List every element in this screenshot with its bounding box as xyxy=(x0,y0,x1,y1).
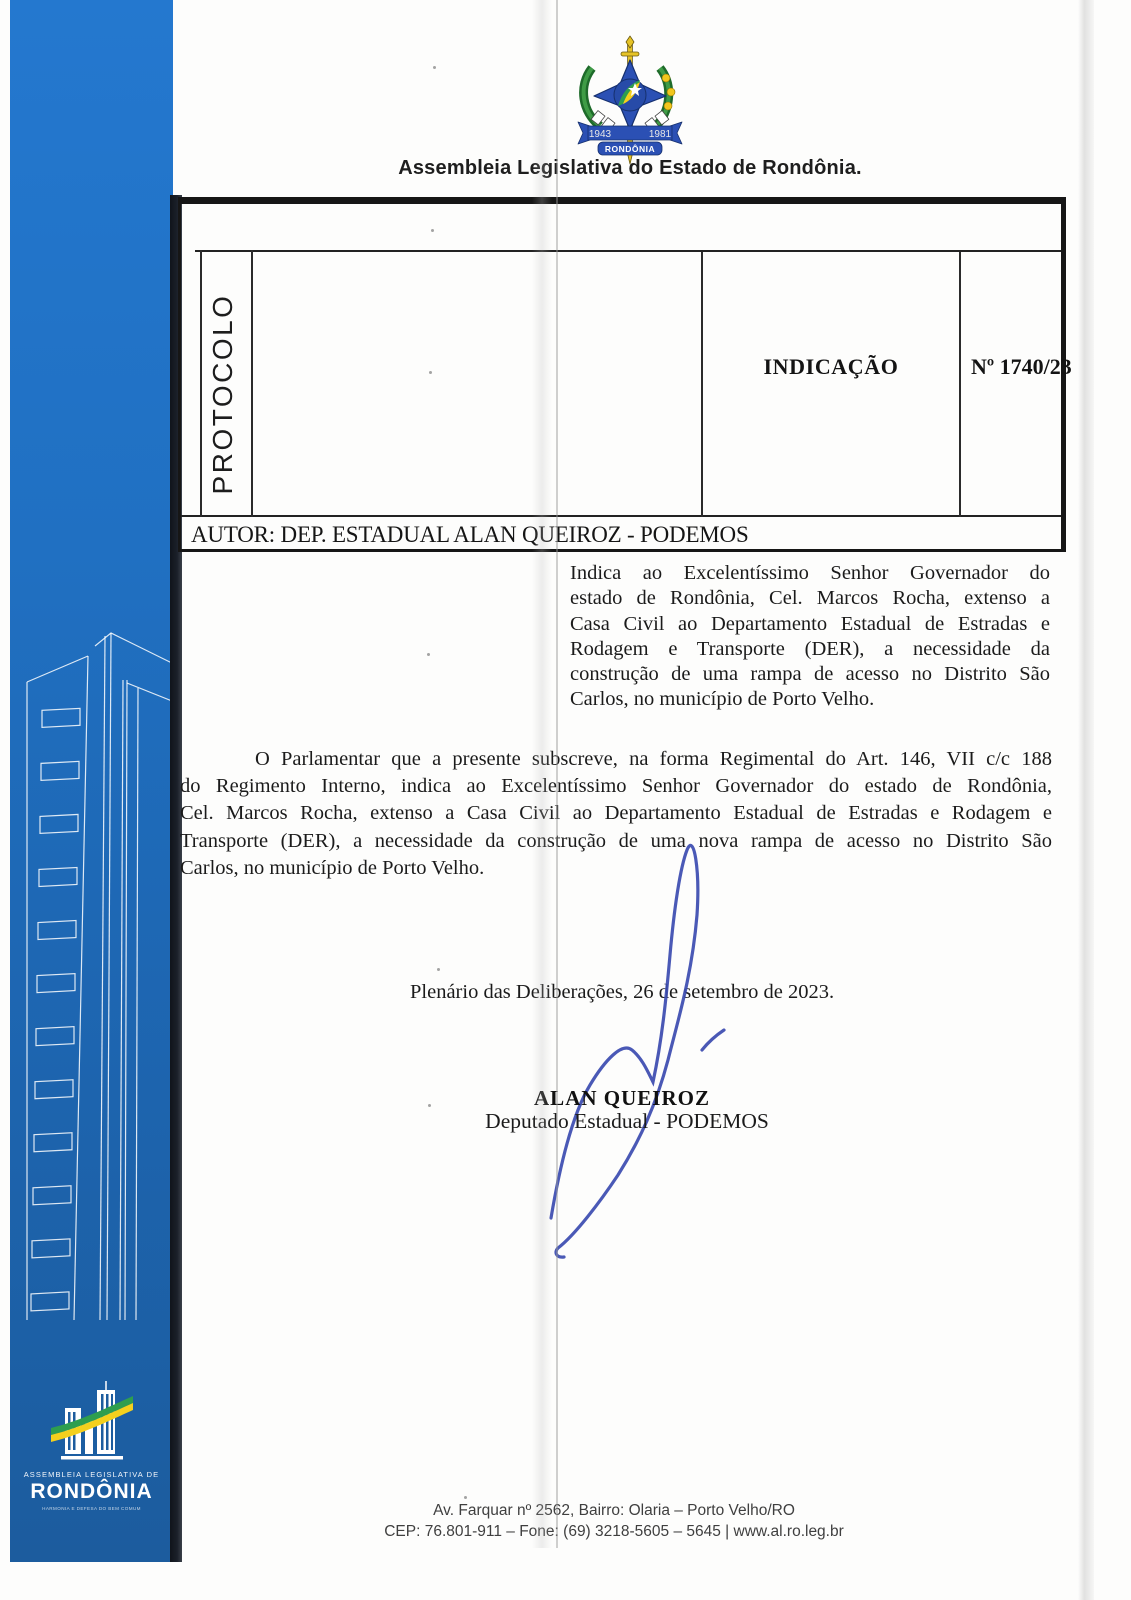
ementa-line: construção de uma rampa de acesso no Dis… xyxy=(570,662,1050,687)
table-line xyxy=(181,515,1061,517)
handwritten-signature xyxy=(520,820,780,1280)
alero-logo: ASSEMBLEIA LEGISLATIVA DE RONDÔNIA HARMO… xyxy=(10,1378,173,1511)
body-line: O Parlamentar que a presente subscreve, … xyxy=(180,746,1052,773)
scan-speck xyxy=(431,229,434,232)
document-number: Nº 1740/23 xyxy=(971,354,1061,380)
date-place-line: Plenário das Deliberações, 26 de setembr… xyxy=(410,981,834,1004)
footer: Av. Farquar nº 2562, Bairro: Olaria – Po… xyxy=(310,1500,918,1542)
document-type: INDICAÇÃO xyxy=(703,354,959,380)
emblem-state-name: RONDÔNIA xyxy=(605,143,655,154)
scan-speck xyxy=(429,371,432,374)
table-line xyxy=(251,250,253,517)
logo-state-name: RONDÔNIA xyxy=(10,1480,173,1504)
footer-contact: CEP: 76.801-911 – Fone: (69) 3218-5605 –… xyxy=(310,1521,918,1542)
signatory-role: Deputado Estadual - PODEMOS xyxy=(472,1109,782,1134)
body-line: Transporte (DER), a necessidade da const… xyxy=(180,828,1052,855)
scan-speck xyxy=(464,1496,467,1499)
scan-edge-streak xyxy=(1078,0,1094,1600)
header-org-name: Assembleia Legislativa do Estado de Rond… xyxy=(240,157,1020,180)
logo-tagline: HARMONIA E DEFESA DO BEM COMUM xyxy=(10,1506,173,1511)
table-line xyxy=(701,252,703,517)
scanned-document-page: ASSEMBLEIA LEGISLATIVA DE RONDÔNIA HARMO… xyxy=(0,0,1131,1600)
ementa-line: Carlos, no município de Porto Velho. xyxy=(570,687,1050,712)
scan-speck xyxy=(427,653,430,656)
logo-org-line: ASSEMBLEIA LEGISLATIVA DE xyxy=(10,1470,173,1479)
rondonia-coat-of-arms: 1943 1981 RONDÔNIA xyxy=(560,26,700,166)
ementa-line: Casa Civil ao Departamento Estadual de E… xyxy=(570,612,1050,637)
signatory-name: ALAN QUEIROZ xyxy=(472,1086,772,1111)
author-line: AUTOR: DEP. ESTADUAL ALAN QUEIROZ - PODE… xyxy=(191,520,1061,549)
alero-building-icon xyxy=(51,1378,133,1466)
emblem-year-left: 1943 xyxy=(589,129,612,140)
ementa-paragraph: Indica ao Excelentíssimo Senhor Governad… xyxy=(570,561,1050,713)
table-line xyxy=(195,250,1061,252)
footer-address: Av. Farquar nº 2562, Bairro: Olaria – Po… xyxy=(310,1500,918,1521)
body-line: Carlos, no município de Porto Velho. xyxy=(180,855,1052,882)
body-line: do Regimento Interno, indica ao Excelent… xyxy=(180,773,1052,800)
ementa-line: Indica ao Excelentíssimo Senhor Governad… xyxy=(570,561,1050,586)
scan-speck xyxy=(437,968,440,971)
scan-speck xyxy=(433,66,436,69)
protocol-label: PROTOCOLO xyxy=(200,264,246,524)
ementa-line: Rodagem e Transporte (DER), a necessidad… xyxy=(570,637,1050,662)
emblem-year-right: 1981 xyxy=(649,129,672,140)
protocol-table: PROTOCOLO INDICAÇÃO Nº 1740/23 AUTOR: DE… xyxy=(178,197,1066,552)
body-paragraph: O Parlamentar que a presente subscreve, … xyxy=(180,746,1052,882)
ementa-line: estado de Rondônia, Cel. Marcos Rocha, e… xyxy=(570,586,1050,611)
scan-speck xyxy=(428,1104,431,1107)
building-line-art xyxy=(10,600,182,1320)
body-line: Cel. Marcos Rocha, extenso a Casa Civil … xyxy=(180,800,1052,827)
table-line xyxy=(959,252,961,517)
